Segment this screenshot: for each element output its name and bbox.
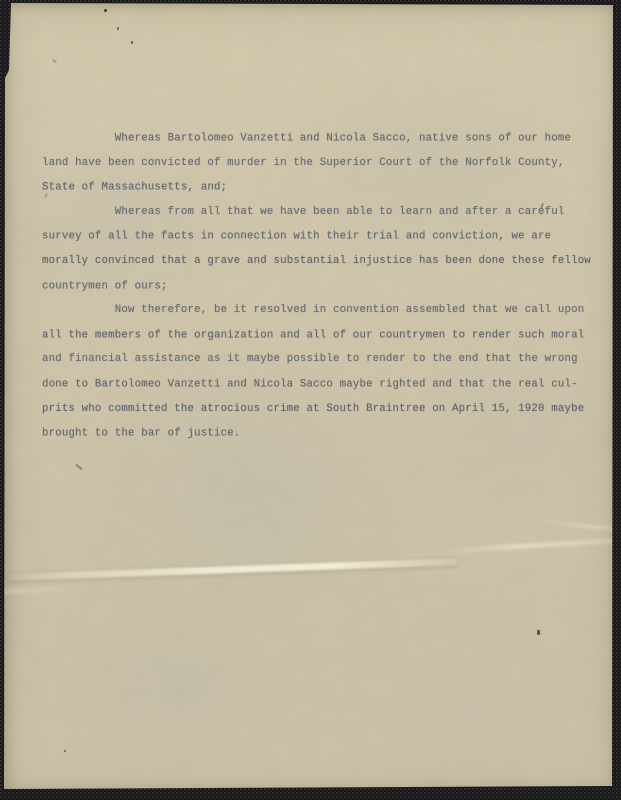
paper-crease-right xyxy=(440,537,621,554)
text-line: done to Bartolomeo Vanzetti and Nicola S… xyxy=(42,372,602,397)
document-text: Whereas Bartolomeo Vanzetti and Nicola S… xyxy=(42,126,602,446)
text-line: and financial assistance as it maybe pos… xyxy=(42,347,602,372)
text-line: countrymen of ours; xyxy=(42,274,602,299)
paper-crease-left xyxy=(0,586,88,595)
paper-fiber xyxy=(75,464,83,471)
paper-speck xyxy=(131,41,133,44)
paper-crease-top-right xyxy=(545,520,621,533)
paper-fiber xyxy=(52,59,57,63)
document-page: Whereas Bartolomeo Vanzetti and Nicola S… xyxy=(0,0,621,800)
paper-speck xyxy=(64,750,66,752)
text-line: land have been convicted of murder in th… xyxy=(42,151,602,176)
text-line: all the members of the organization and … xyxy=(42,323,602,348)
text-line: survey of all the facts in connection wi… xyxy=(42,225,602,250)
paper-speck xyxy=(117,27,119,30)
paper-speck xyxy=(537,630,540,635)
text-line: prits who committed the atrocious crime … xyxy=(42,397,602,422)
paper-crease-main xyxy=(8,558,458,581)
text-line: State of Massachusetts, and; xyxy=(42,175,602,200)
text-line: Whereas from all that we have been able … xyxy=(42,200,602,225)
text-line: morally convinced that a grave and subst… xyxy=(42,249,602,274)
scan-background: Whereas Bartolomeo Vanzetti and Nicola S… xyxy=(0,0,621,800)
text-line: Whereas Bartolomeo Vanzetti and Nicola S… xyxy=(42,126,602,151)
paper-speck xyxy=(104,9,107,12)
text-line: Now therefore, be it resolved in convent… xyxy=(42,298,602,323)
text-line: brought to the bar of justice. xyxy=(42,421,602,446)
